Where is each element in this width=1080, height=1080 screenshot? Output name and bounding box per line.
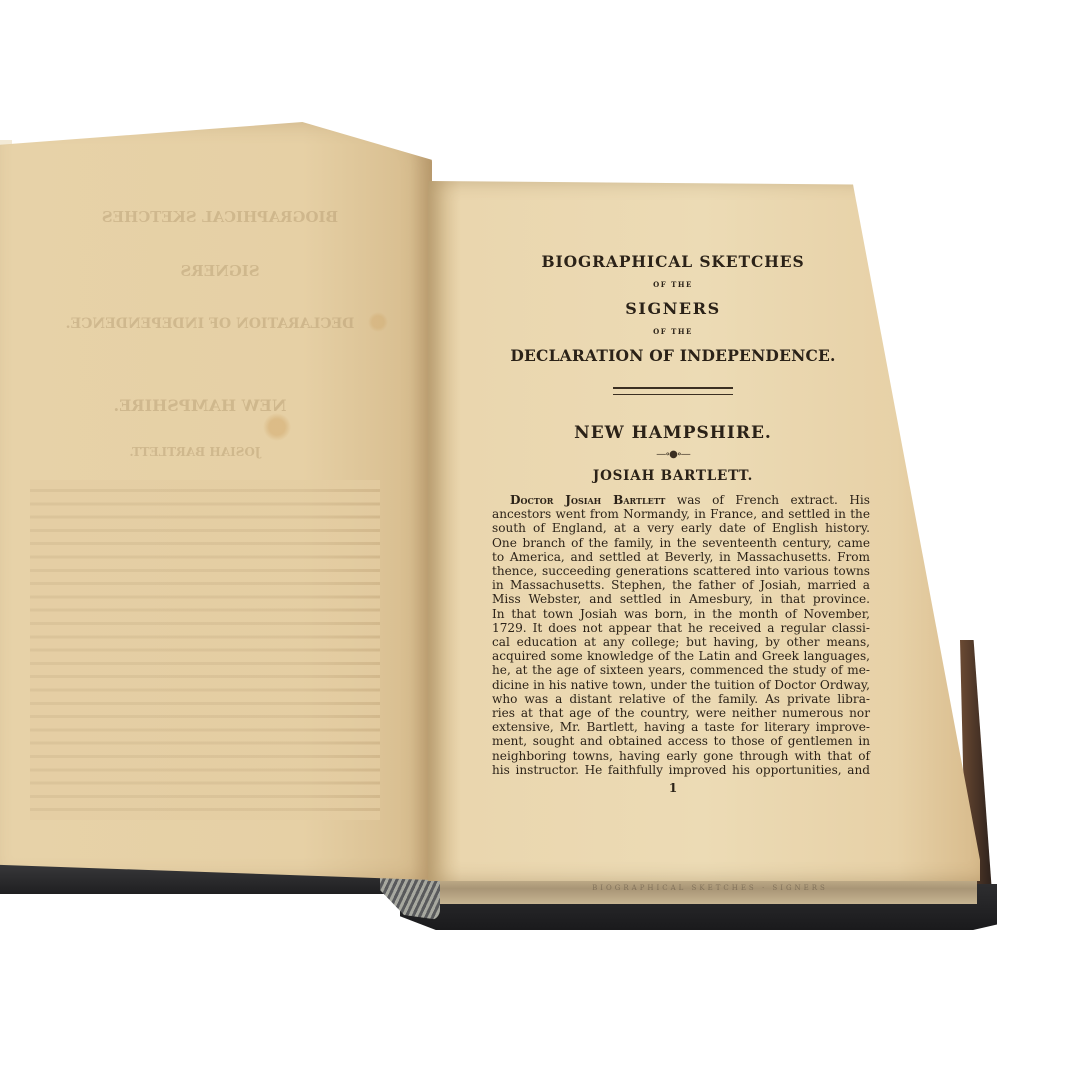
title-line-1: BIOGRAPHICAL SKETCHES [492, 252, 854, 271]
body-line: to America, and settled at Beverly, in M… [492, 550, 870, 564]
bleed-through-signers: SIGNERS [140, 262, 300, 280]
body-line: ries at that age of the country, were ne… [492, 706, 870, 720]
connector-1: OF THE [492, 280, 854, 289]
title-line-2: SIGNERS [492, 299, 854, 318]
lead-in: Doctor Josiah Bartlett [510, 493, 665, 507]
bleed-through-body [30, 480, 380, 820]
page-edge-text: BIOGRAPHICAL SKETCHES · SIGNERS [530, 884, 890, 892]
book-photo: BIOGRAPHICAL SKETCHES · SIGNERS BIOGRAPH… [0, 0, 1080, 1080]
body-line: cal education at any college; but having… [492, 635, 870, 649]
body-line: in Massachusetts. Stephen, the father of… [492, 578, 870, 592]
body-line: his instructor. He faithfully improved h… [492, 763, 870, 777]
double-rule [613, 387, 733, 395]
body-line: acquired some knowledge of the Latin and… [492, 649, 870, 663]
body-line: Miss Webster, and settled in Amesbury, i… [492, 592, 870, 606]
body-line: he, at the age of sixteen years, commenc… [492, 663, 870, 677]
body-line: ment, sought and obtained access to thos… [492, 734, 870, 748]
body-line: south of England, at a very early date o… [492, 521, 870, 535]
page-number: 1 [492, 781, 854, 795]
title-line-3: DECLARATION OF INDEPENDENCE. [492, 346, 854, 365]
bleed-through-title: BIOGRAPHICAL SKETCHES [70, 208, 370, 226]
bleed-through-person: JOSIAH BARTLETT. [100, 445, 290, 459]
body-line: who was a distant relative of the family… [492, 692, 870, 706]
body-line: dicine in his native town, under the tui… [492, 678, 870, 692]
body-line: thence, succeeding generations scattered… [492, 564, 870, 578]
body-line: Doctor Josiah Bartlett was of French ext… [492, 493, 870, 507]
page-text: BIOGRAPHICAL SKETCHES OF THE SIGNERS OF … [492, 252, 854, 795]
body-line: 1729. It does not appear that he receive… [492, 621, 870, 635]
section-heading: NEW HAMPSHIRE. [492, 423, 854, 443]
body-paragraph: Doctor Josiah Bartlett was of French ext… [492, 493, 870, 777]
subject-heading: JOSIAH BARTLETT. [492, 468, 854, 484]
body-line: neighboring towns, having early gone thr… [492, 749, 870, 763]
ornament-icon: —∘●∘— [492, 449, 854, 460]
body-line: ancestors went from Normandy, in France,… [492, 507, 870, 521]
body-line: extensive, Mr. Bartlett, having a taste … [492, 720, 870, 734]
connector-2: OF THE [492, 327, 854, 336]
bleed-through-declaration: DECLARATION OF INDEPENDENCE. [20, 316, 400, 332]
bleed-through-state: NEW HAMPSHIRE. [80, 396, 320, 415]
body-line: In that town Josiah was born, in the mon… [492, 607, 870, 621]
body-line: One branch of the family, in the sevente… [492, 536, 870, 550]
